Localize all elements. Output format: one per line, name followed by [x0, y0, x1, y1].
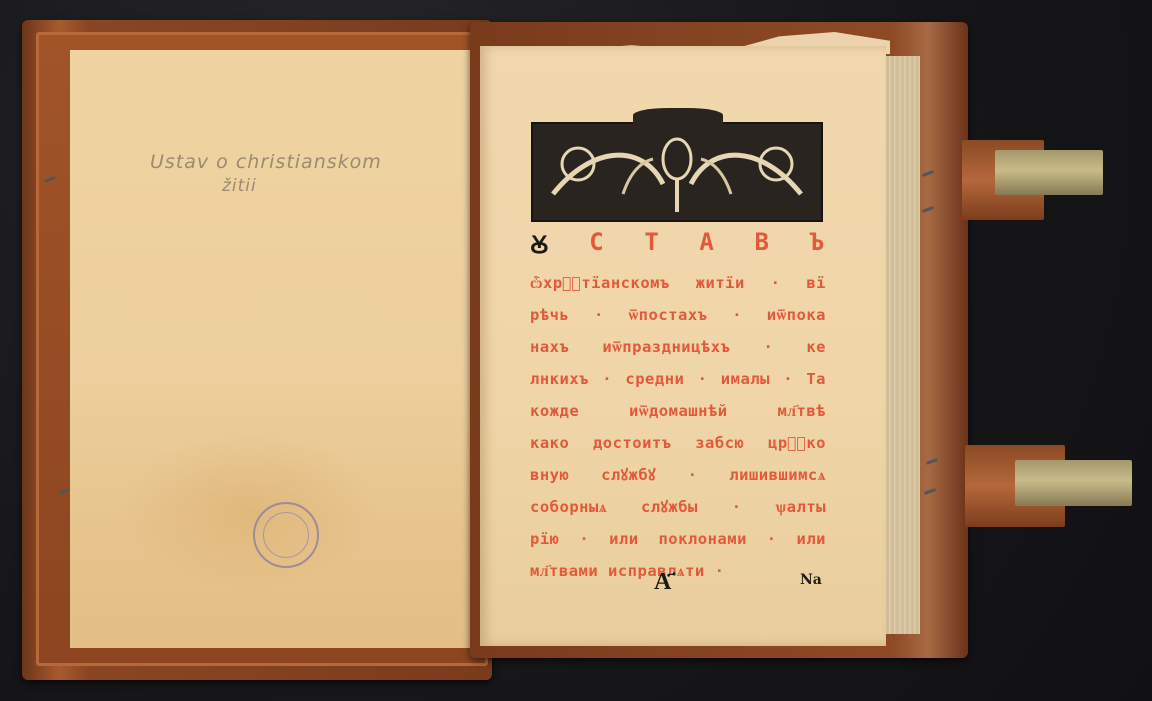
- water-stain: [120, 430, 380, 590]
- handwritten-line-1: Ustav o christianskom: [150, 151, 382, 173]
- text-line: вную слꙋжбꙋ · лишившимсѧ: [530, 459, 826, 491]
- signature-mark: А҃: [654, 566, 671, 596]
- text-line: рѣчь · ѿпостахъ · иѿпока: [530, 299, 826, 331]
- text-line: кожде иѿдомашнѣй мл҃твѣ: [530, 395, 826, 427]
- page-edges: [880, 56, 920, 634]
- title-initial: Ꙋ: [530, 228, 551, 261]
- library-stamp: [253, 502, 319, 568]
- text-line: мл҃твами исправлѧти ·: [530, 555, 826, 587]
- title-page-text: Ꙋ С Т А В Ъ ѽхрⷭ҇тїанскомъ житїи · вї рѣ…: [530, 228, 826, 587]
- upper-brass-clasp: [995, 150, 1103, 195]
- text-line: лнкихъ · средни · ималы · Та: [530, 363, 826, 395]
- text-line: како достоитъ забсю црⷭ҇ко: [530, 427, 826, 459]
- handwritten-note: Ustav o christianskom žitii: [150, 150, 382, 197]
- text-line: соборныѧ слꙋжбы · ѱалты: [530, 491, 826, 523]
- text-line: нахъ иѿпраздницѣхъ · ке: [530, 331, 826, 363]
- woodcut-headpiece-ornament: [531, 122, 823, 222]
- lower-brass-clasp: [1015, 460, 1132, 506]
- text-line: рїю · или поклонами · или: [530, 523, 826, 555]
- title-ustav: Ꙋ С Т А В Ъ: [530, 228, 826, 261]
- text-line: ѽхрⷭ҇тїанскомъ житїи · вї: [530, 267, 826, 299]
- folio-number: Nа: [800, 574, 822, 587]
- handwritten-line-2: žitii: [222, 175, 382, 197]
